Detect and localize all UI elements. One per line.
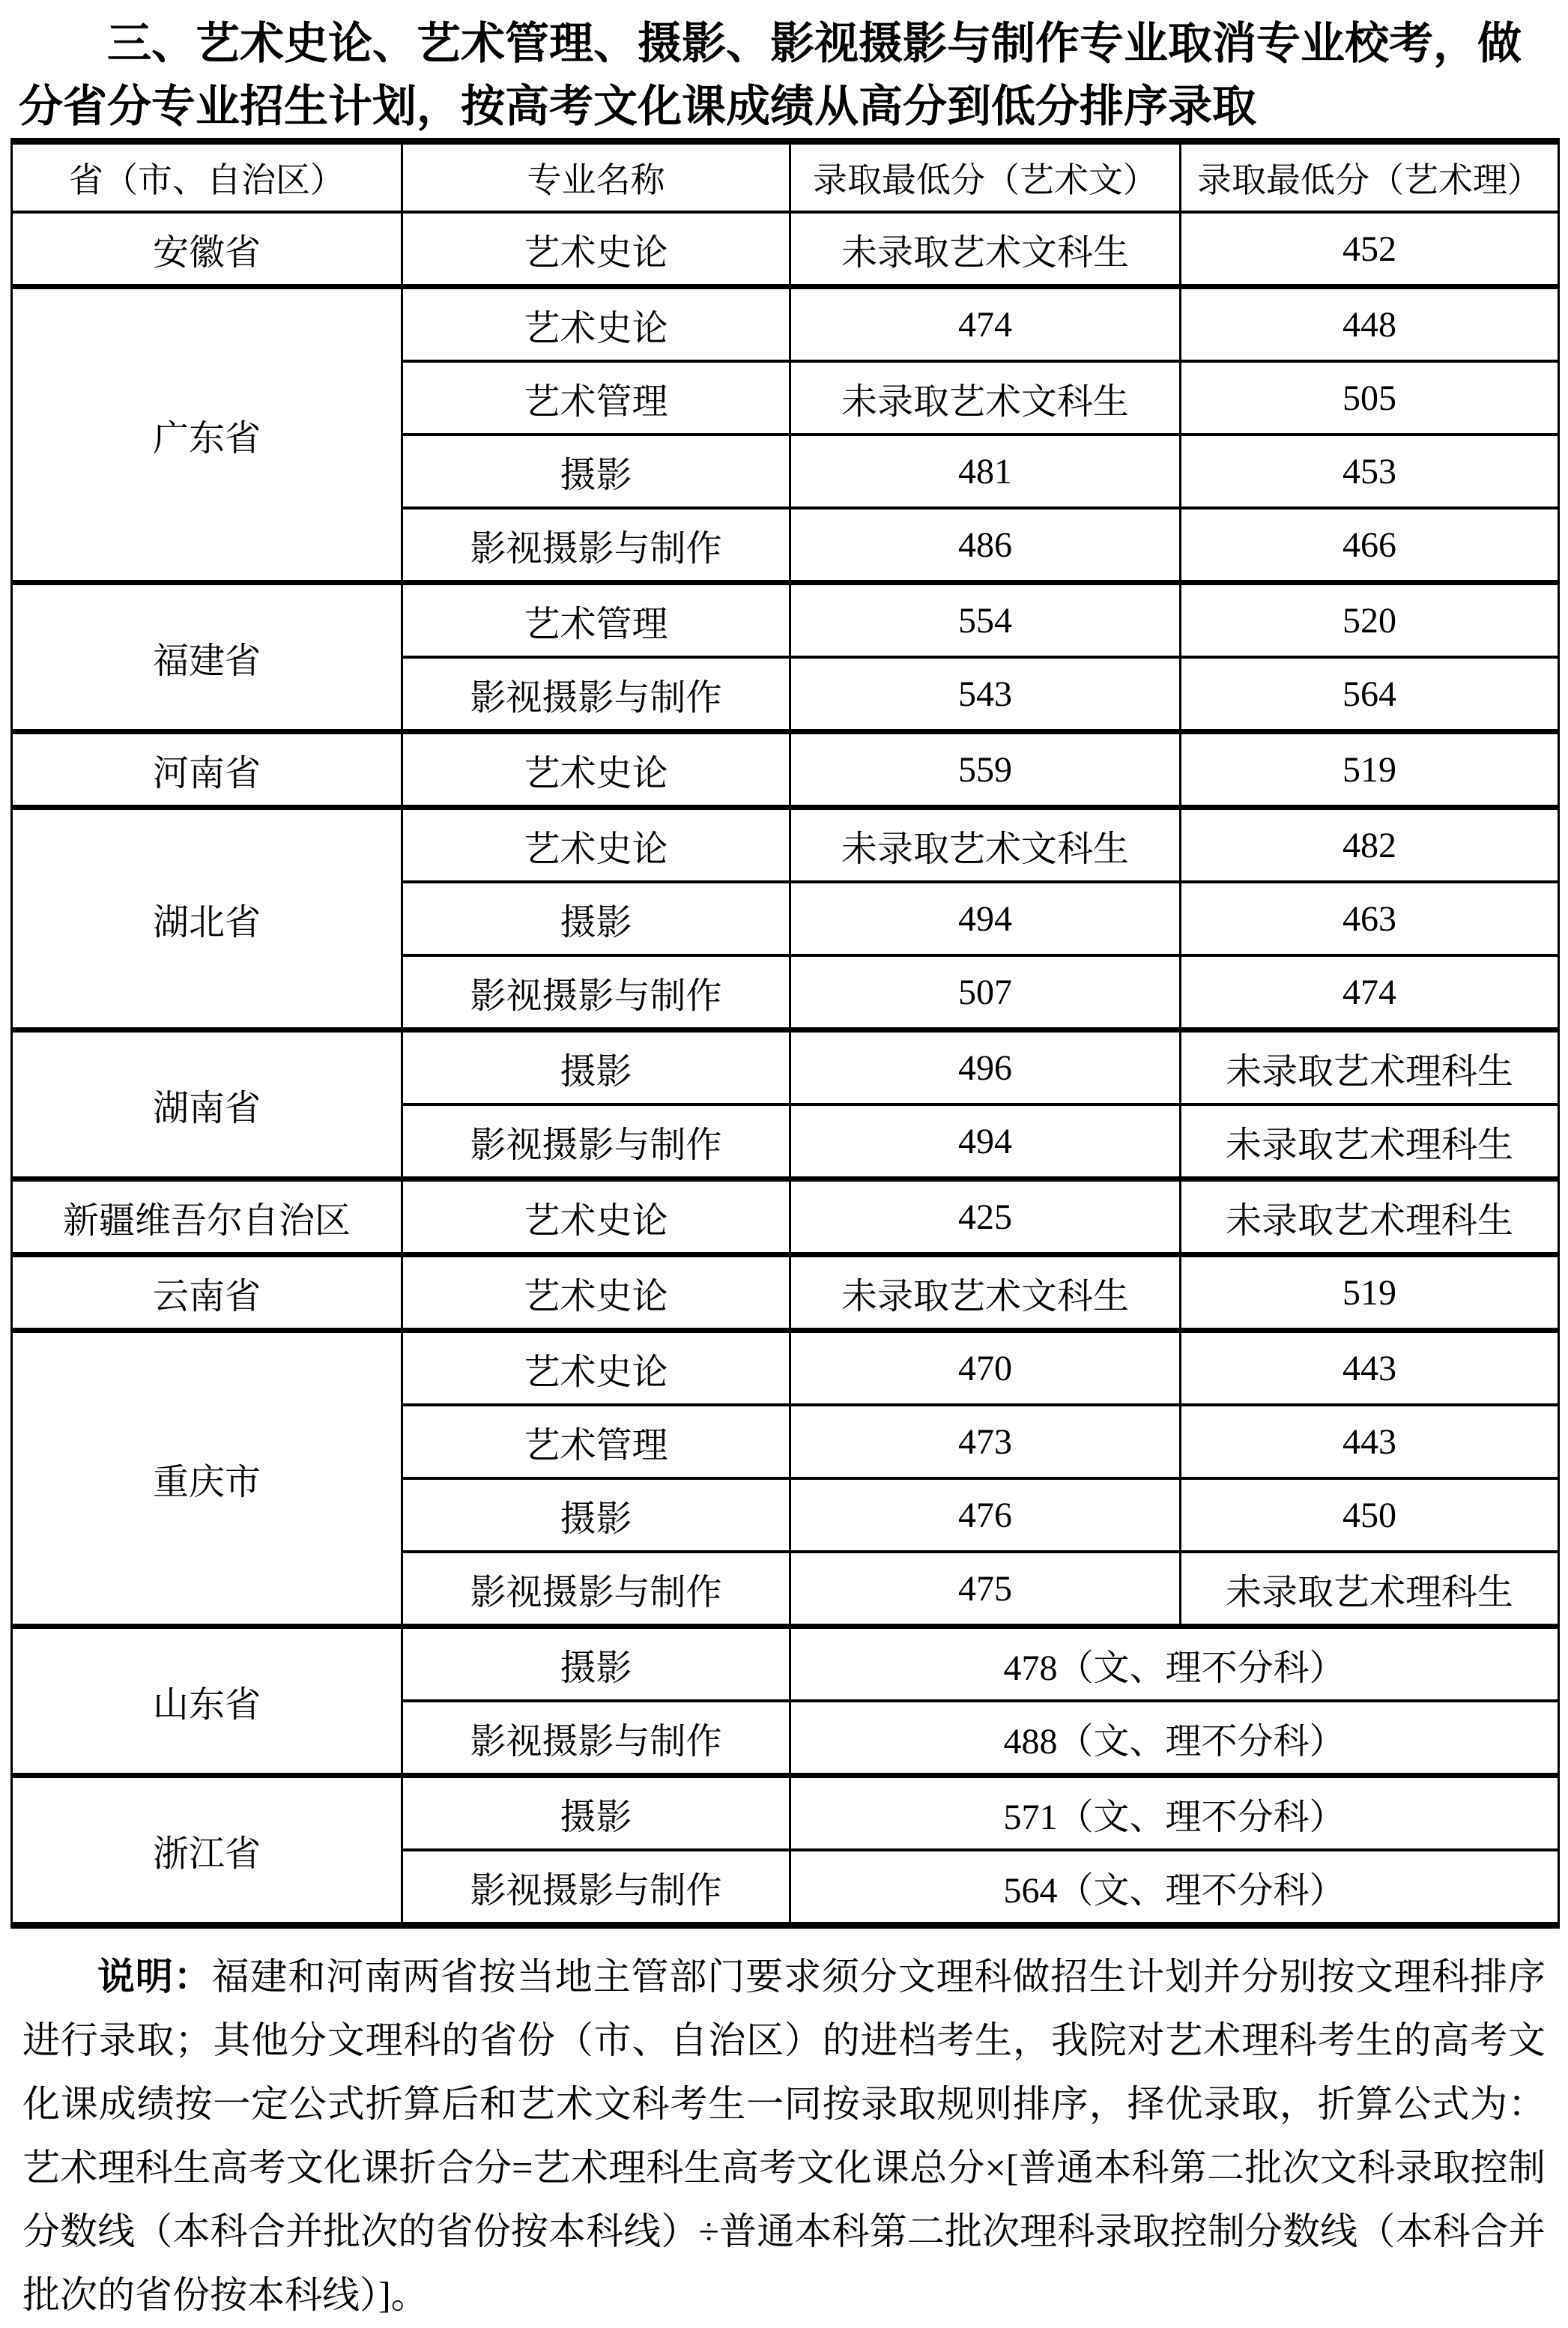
province-cell: 山东省 [12, 1627, 402, 1776]
score-li-cell: 448 [1181, 287, 1559, 362]
footnote-label: 说明： [97, 1956, 212, 1998]
score-combined-cell: 488（文、理不分科） [790, 1701, 1559, 1776]
major-cell: 摄影 [402, 1776, 790, 1851]
document-page: 三、艺术史论、艺术管理、摄影、影视摄影与制作专业取消专业校考，做分省分专业招生计… [0, 0, 1568, 2328]
major-cell: 摄影 [402, 1627, 790, 1702]
table-row: 湖北省 艺术史论 未录取艺术文科生 482 [12, 808, 1559, 883]
score-li-cell: 564 [1181, 657, 1559, 732]
col-header-score-arts-li: 录取最低分（艺术理） [1181, 142, 1559, 213]
major-cell: 艺术史论 [402, 808, 790, 883]
major-cell: 艺术史论 [402, 1179, 790, 1255]
score-li-cell: 519 [1181, 732, 1559, 808]
score-wen-cell: 470 [790, 1331, 1181, 1406]
score-wen-cell: 474 [790, 287, 1181, 362]
major-cell: 艺术史论 [402, 212, 790, 287]
score-combined-cell: 564（文、理不分科） [790, 1850, 1559, 1926]
score-wen-cell: 494 [790, 1104, 1181, 1179]
score-wen-cell: 未录取艺术文科生 [790, 361, 1181, 435]
province-cell: 福建省 [12, 583, 402, 732]
major-cell: 摄影 [402, 435, 790, 508]
footnote-text: 福建和河南两省按当地主管部门要求须分文理科做招生计划并分别按文理科排序进行录取；… [22, 1956, 1546, 2316]
score-li-cell: 450 [1181, 1478, 1559, 1552]
footnote: 说明：福建和河南两省按当地主管部门要求须分文理科做招生计划并分别按文理科排序进行… [22, 1945, 1546, 2327]
score-li-cell: 482 [1181, 808, 1559, 883]
province-cell: 湖北省 [12, 808, 402, 1030]
province-cell: 安徽省 [12, 212, 402, 287]
score-wen-cell: 554 [790, 583, 1181, 658]
score-li-cell: 443 [1181, 1331, 1559, 1406]
score-wen-cell: 494 [790, 882, 1181, 955]
province-cell: 湖南省 [12, 1030, 402, 1179]
major-cell: 艺术管理 [402, 361, 790, 435]
major-cell: 影视摄影与制作 [402, 1552, 790, 1627]
major-cell: 摄影 [402, 1030, 790, 1105]
province-cell: 浙江省 [12, 1776, 402, 1926]
major-cell: 艺术史论 [402, 1255, 790, 1331]
table-row: 山东省 摄影 478（文、理不分科） [12, 1627, 1559, 1702]
score-wen-cell: 425 [790, 1179, 1181, 1255]
score-combined-cell: 478（文、理不分科） [790, 1627, 1559, 1702]
province-cell: 重庆市 [12, 1331, 402, 1627]
major-cell: 影视摄影与制作 [402, 1104, 790, 1179]
major-cell: 艺术管理 [402, 1405, 790, 1478]
score-li-cell: 452 [1181, 212, 1559, 287]
major-cell: 影视摄影与制作 [402, 657, 790, 732]
score-wen-cell: 未录取艺术文科生 [790, 212, 1181, 287]
score-li-cell: 未录取艺术理科生 [1181, 1552, 1559, 1627]
score-li-cell: 474 [1181, 955, 1559, 1030]
admission-scores-table: 省（市、自治区） 专业名称 录取最低分（艺术文） 录取最低分（艺术理） 安徽省 … [10, 138, 1560, 1929]
score-li-cell: 未录取艺术理科生 [1181, 1030, 1559, 1105]
major-cell: 影视摄影与制作 [402, 1850, 790, 1926]
score-wen-cell: 476 [790, 1478, 1181, 1552]
table-row: 广东省 艺术史论 474 448 [12, 287, 1559, 362]
major-cell: 艺术管理 [402, 583, 790, 658]
major-cell: 艺术史论 [402, 732, 790, 808]
province-cell: 新疆维吾尔自治区 [12, 1179, 402, 1255]
score-wen-cell: 543 [790, 657, 1181, 732]
table-row: 河南省 艺术史论 559 519 [12, 732, 1559, 808]
col-header-province: 省（市、自治区） [12, 142, 402, 213]
col-header-score-arts-wen: 录取最低分（艺术文） [790, 142, 1181, 213]
score-wen-cell: 473 [790, 1405, 1181, 1478]
major-cell: 艺术史论 [402, 287, 790, 362]
major-cell: 影视摄影与制作 [402, 1701, 790, 1776]
score-li-cell: 520 [1181, 583, 1559, 658]
table-row: 云南省 艺术史论 未录取艺术文科生 519 [12, 1255, 1559, 1331]
score-li-cell: 453 [1181, 435, 1559, 508]
score-wen-cell: 未录取艺术文科生 [790, 1255, 1181, 1331]
major-cell: 影视摄影与制作 [402, 508, 790, 583]
page-title: 三、艺术史论、艺术管理、摄影、影视摄影与制作专业取消专业校考，做分省分专业招生计… [19, 12, 1549, 138]
score-li-cell: 505 [1181, 361, 1559, 435]
score-li-cell: 443 [1181, 1405, 1559, 1478]
score-li-cell: 519 [1181, 1255, 1559, 1331]
score-li-cell: 未录取艺术理科生 [1181, 1104, 1559, 1179]
table-row: 重庆市 艺术史论 470 443 [12, 1331, 1559, 1406]
score-wen-cell: 559 [790, 732, 1181, 808]
score-wen-cell: 507 [790, 955, 1181, 1030]
score-li-cell: 466 [1181, 508, 1559, 583]
major-cell: 摄影 [402, 1478, 790, 1552]
score-combined-cell: 571（文、理不分科） [790, 1776, 1559, 1851]
province-cell: 云南省 [12, 1255, 402, 1331]
score-wen-cell: 496 [790, 1030, 1181, 1105]
table-row: 湖南省 摄影 496 未录取艺术理科生 [12, 1030, 1559, 1105]
score-wen-cell: 481 [790, 435, 1181, 508]
table-row: 新疆维吾尔自治区 艺术史论 425 未录取艺术理科生 [12, 1179, 1559, 1255]
major-cell: 影视摄影与制作 [402, 955, 790, 1030]
table-header-row: 省（市、自治区） 专业名称 录取最低分（艺术文） 录取最低分（艺术理） [12, 142, 1559, 213]
score-wen-cell: 未录取艺术文科生 [790, 808, 1181, 883]
table-row: 安徽省 艺术史论 未录取艺术文科生 452 [12, 212, 1559, 287]
major-cell: 摄影 [402, 882, 790, 955]
score-li-cell: 463 [1181, 882, 1559, 955]
score-wen-cell: 475 [790, 1552, 1181, 1627]
col-header-major: 专业名称 [402, 142, 790, 213]
score-wen-cell: 486 [790, 508, 1181, 583]
table-row: 浙江省 摄影 571（文、理不分科） [12, 1776, 1559, 1851]
province-cell: 广东省 [12, 287, 402, 583]
table-row: 福建省 艺术管理 554 520 [12, 583, 1559, 658]
province-cell: 河南省 [12, 732, 402, 808]
major-cell: 艺术史论 [402, 1331, 790, 1406]
score-li-cell: 未录取艺术理科生 [1181, 1179, 1559, 1255]
